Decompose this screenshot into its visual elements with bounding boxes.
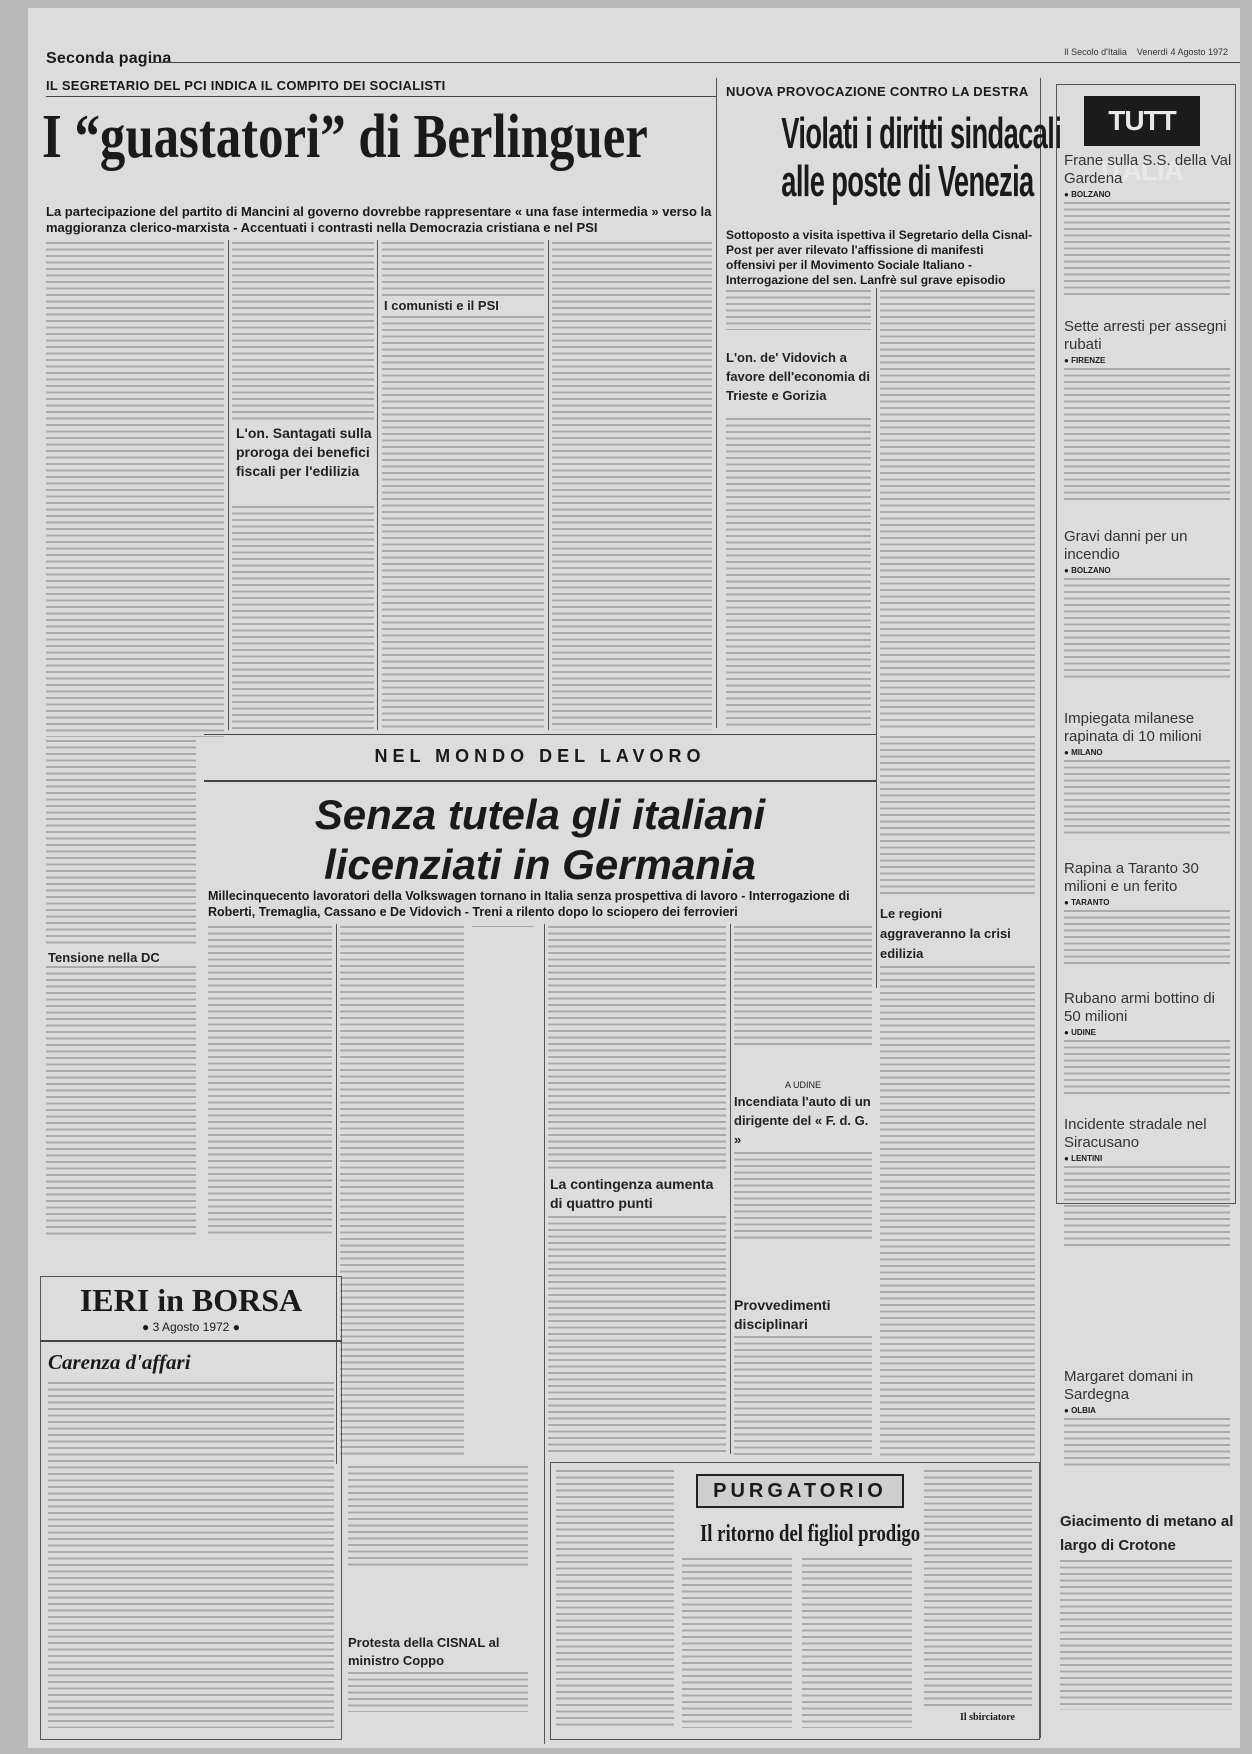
purgatorio-col-3 (802, 1558, 912, 1728)
sidebar-brief-body (1064, 1418, 1230, 1470)
venezia-kicker: NUOVA PROVOCAZIONE CONTRO LA DESTRA (726, 84, 1029, 99)
sidebar-brief-dateline: ● TARANTO (1064, 898, 1109, 907)
lavoro-column-4 (734, 926, 872, 1046)
bullet-icon: ● (1064, 1154, 1071, 1163)
lead-column-1b (46, 740, 196, 945)
lavoro-column-2b (348, 1466, 528, 1566)
sidebar-brief-title: Rapina a Taranto 30 milioni e un ferito (1064, 860, 1232, 896)
header-rule (150, 62, 1240, 63)
purgatorio-banner: PURGATORIO (696, 1474, 904, 1508)
column-divider (1040, 78, 1041, 1738)
venezia-deck: Sottoposto a visita ispettiva il Segreta… (726, 228, 1034, 288)
sidebar-brief-title: Rubano armi bottino di 50 milioni (1064, 990, 1232, 1026)
venezia-headline: Violati i diritti sindacali alle poste d… (781, 110, 974, 206)
lead-column-4 (552, 242, 712, 730)
kicker-rule (46, 96, 716, 97)
provvedimenti-headline: Provvedimenti disciplinari (734, 1296, 874, 1334)
sidebar-brief-body (1064, 1166, 1230, 1250)
metano-headline: Giacimento di metano al largo di Crotone (1060, 1510, 1236, 1558)
purgatorio-headline: Il ritorno del figliol prodigo (700, 1520, 920, 1548)
regioni-headline: Le regioni aggraveranno la crisi edilizi… (880, 904, 1030, 964)
newspaper-name: Il Secolo d'Italia (1064, 47, 1127, 57)
dateline: TARANTO (1071, 898, 1109, 907)
lead-deck: La partecipazione del partito di Mancini… (46, 204, 712, 236)
sidebar-brief-title: Gravi danni per un incendio (1064, 528, 1232, 564)
lead-column-1c (46, 966, 196, 1236)
box-rule (40, 1340, 342, 1342)
sidebar-brief-dateline: ● MILANO (1064, 748, 1103, 757)
borsa-headline: Carenza d'affari (48, 1350, 191, 1375)
sidebar-brief-dateline: ● FIRENZE (1064, 356, 1105, 365)
lead-column-1 (46, 242, 224, 737)
bullet-icon: ● (1064, 898, 1071, 907)
sidebar-brief-dateline: ● OLBIA (1064, 1406, 1096, 1415)
purgatorio-signature: Il sbirciatore (960, 1712, 1015, 1723)
santagati-headline: L'on. Santagati sulla proroga dei benefi… (236, 424, 376, 481)
contingenza-body (548, 1216, 726, 1456)
provvedimenti-body (734, 1336, 872, 1456)
vidovich-headline: L'on. de' Vidovich a favore dell'economi… (726, 348, 874, 405)
dateline: BOLZANO (1071, 566, 1111, 575)
lavoro-column-2 (340, 926, 464, 1456)
sidebar-brief-body (1064, 1040, 1230, 1094)
udine-headline: Incendiata l'auto di un dirigente del « … (734, 1092, 874, 1149)
lavoro-headline: Senza tutela gli italiani licenziati in … (204, 790, 876, 890)
bullet-icon: ● (1064, 1406, 1071, 1415)
column-divider (377, 240, 378, 730)
bullet-icon: ● (1064, 190, 1071, 199)
venezia-headline-line2: alle poste di Venezia (781, 158, 974, 206)
venezia-body-2 (880, 290, 1035, 730)
dateline: MILANO (1071, 748, 1103, 757)
metano-body (1060, 1560, 1232, 1710)
dateline: FIRENZE (1071, 356, 1105, 365)
bullet-icon: ● (1064, 1028, 1071, 1037)
lead-subhead-1: I comunisti e il PSI (384, 296, 499, 316)
sidebar-brief-body (1064, 760, 1230, 834)
contingenza-headline: La contingenza aumenta di quattro punti (550, 1175, 726, 1213)
borsa-date: 3 Agosto 1972 (153, 1320, 230, 1334)
lavoro-deck: Millecinquecento lavoratori della Volksw… (208, 888, 874, 920)
sidebar-brief-title: Frane sulla S.S. della Val Gardena (1064, 152, 1232, 188)
santagati-body (232, 506, 374, 730)
bullet-icon: ● (1064, 356, 1071, 365)
column-divider (544, 924, 545, 1744)
lead-kicker: IL SEGRETARIO DEL PCI INDICA IL COMPITO … (46, 78, 446, 93)
lavoro-banner: NEL MONDO DEL LAVORO (204, 746, 876, 767)
page-header-info: Il Secolo d'Italia Venerdì 4 Agosto 1972 (1064, 47, 1228, 57)
sidebar-brief-title: Margaret domani in Sardegna (1064, 1368, 1232, 1404)
borsa-date-row: ● 3 Agosto 1972 ● (40, 1320, 342, 1334)
vidovich-body (726, 418, 871, 728)
venezia-headline-line1: Violati i diritti sindacali (781, 110, 974, 158)
dateline: BOLZANO (1071, 190, 1111, 199)
lavoro-column-3 (548, 926, 726, 1171)
tuttitalia-logo: TUTT ITALIA (1084, 96, 1200, 146)
purgatorio-col-4 (924, 1470, 1032, 1710)
sidebar-brief-dateline: ● UDINE (1064, 1028, 1096, 1037)
sidebar-brief-title: Incidente stradale nel Siracusano (1064, 1116, 1232, 1152)
lead-column-3 (382, 242, 544, 296)
bullet-icon: ● (1064, 748, 1071, 757)
lavoro-column-1 (208, 926, 332, 1236)
lead-headline: I “guastatori” di Berlinguer (42, 104, 648, 170)
column-divider (228, 240, 229, 730)
lead-column-2 (232, 242, 374, 422)
column-divider (730, 924, 731, 1454)
sidebar-brief-dateline: ● BOLZANO (1064, 566, 1111, 575)
bullet-icon: ● (233, 1320, 240, 1334)
sidebar-brief-body (1064, 368, 1230, 502)
sidebar-brief-body (1064, 578, 1230, 682)
lavoro-headline-line2: licenziati in Germania (204, 840, 876, 890)
udine-kicker: A UDINE (734, 1080, 872, 1090)
borsa-body (48, 1382, 334, 1728)
spacer (472, 926, 534, 927)
bullet-icon: ● (142, 1320, 149, 1334)
lead-subhead-2: Tensione nella DC (48, 948, 160, 968)
borsa-title: IERI in BORSA (40, 1282, 342, 1319)
issue-date: Venerdì 4 Agosto 1972 (1137, 47, 1228, 57)
sidebar-brief-dateline: ● LENTINI (1064, 1154, 1102, 1163)
cisnal-body (348, 1672, 528, 1712)
dateline: LENTINI (1071, 1154, 1102, 1163)
dateline: UDINE (1071, 1028, 1096, 1037)
section-label: Seconda pagina (46, 50, 172, 68)
venezia-body-3 (880, 736, 1035, 896)
sidebar-brief-title: Sette arresti per assegni rubati (1064, 318, 1232, 354)
column-divider (876, 288, 877, 988)
sidebar-brief-title: Impiegata milanese rapinata di 10 milion… (1064, 710, 1232, 746)
purgatorio-col-2 (682, 1558, 792, 1728)
sidebar-brief-dateline: ● BOLZANO (1064, 190, 1111, 199)
sidebar-brief-body (1064, 202, 1230, 296)
section-rule (204, 734, 876, 735)
regioni-body (880, 966, 1035, 1456)
dateline: OLBIA (1071, 1406, 1096, 1415)
cisnal-headline: Protesta della CISNAL al ministro Coppo (348, 1634, 528, 1670)
venezia-body-1 (726, 290, 871, 330)
bullet-icon: ● (1064, 566, 1071, 575)
section-rule (204, 780, 876, 782)
column-divider (716, 78, 717, 728)
sidebar-brief-body (1064, 910, 1230, 964)
column-divider (548, 240, 549, 730)
lavoro-headline-line1: Senza tutela gli italiani (204, 790, 876, 840)
lead-column-3b (382, 316, 544, 730)
purgatorio-col-1 (556, 1470, 674, 1728)
udine-body (734, 1152, 872, 1242)
